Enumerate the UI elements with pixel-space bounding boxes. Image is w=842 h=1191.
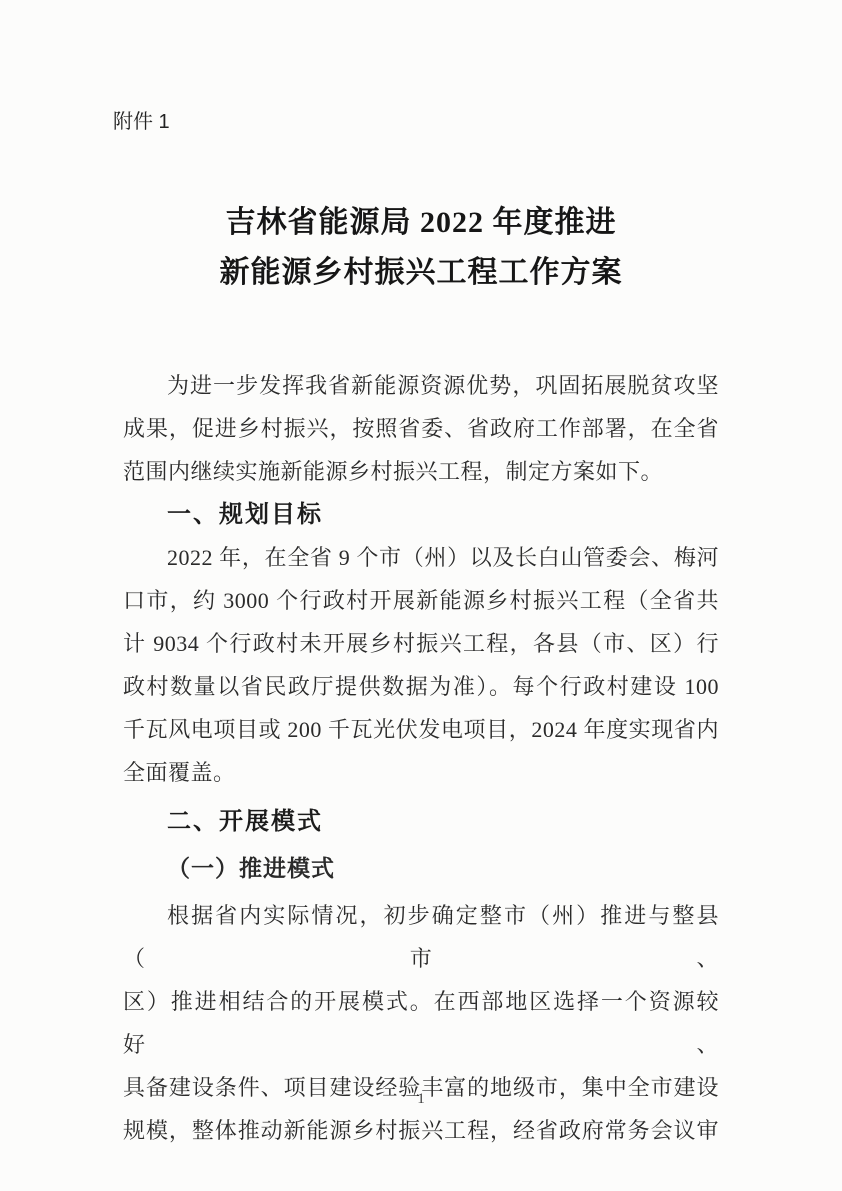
intro-line: 范围内继续实施新能源乡村振兴工程，制定方案如下。 <box>123 450 719 493</box>
intro-line: 成果，促进乡村振兴，按照省委、省政府工作部署，在全省 <box>123 407 719 450</box>
body-line: 千瓦风电项目或 200 千瓦光伏发电项目，2024 年度实现省内 <box>123 708 719 751</box>
body-line: 口市，约 3000 个行政村开展新能源乡村振兴工程（全省共 <box>123 579 719 622</box>
document-page: 附件 1 吉林省能源局 2022 年度推进 新能源乡村振兴工程工作方案 为进一步… <box>0 0 842 1191</box>
body-line: 根据省内实际情况，初步确定整市（州）推进与整县（市、 <box>123 894 719 980</box>
body-line: 区）推进相结合的开展模式。在西部地区选择一个资源较好、 <box>123 980 719 1066</box>
document-title: 吉林省能源局 2022 年度推进 新能源乡村振兴工程工作方案 <box>123 198 719 298</box>
intro-line: 为进一步发挥我省新能源资源优势，巩固拓展脱贫攻坚 <box>123 364 719 407</box>
section-1-paragraph: 2022 年，在全省 9 个市（州）以及长白山管委会、梅河 口市，约 3000 … <box>123 536 719 794</box>
section-1-heading: 一、规划目标 <box>123 493 719 536</box>
section-2-paragraph: 根据省内实际情况，初步确定整市（州）推进与整县（市、 区）推进相结合的开展模式。… <box>123 894 719 1152</box>
body-line: 规模，整体推动新能源乡村振兴工程，经省政府常务会议审 <box>123 1109 719 1152</box>
section-2-heading: 二、开展模式 <box>123 800 719 843</box>
title-line-1: 吉林省能源局 2022 年度推进 <box>123 198 719 248</box>
attachment-label: 附件 1 <box>113 108 719 136</box>
page-number: 1 <box>0 1091 842 1108</box>
body-line: 政村数量以省民政厅提供数据为准）。每个行政村建设 100 <box>123 665 719 708</box>
body-line: 计 9034 个行政村未开展乡村振兴工程，各县（市、区）行 <box>123 622 719 665</box>
subsection-1-heading: （一）推进模式 <box>123 847 719 890</box>
body-line: 2022 年，在全省 9 个市（州）以及长白山管委会、梅河 <box>123 536 719 579</box>
body-line: 全面覆盖。 <box>123 751 719 794</box>
title-line-2: 新能源乡村振兴工程工作方案 <box>123 248 719 298</box>
intro-paragraph: 为进一步发挥我省新能源资源优势，巩固拓展脱贫攻坚 成果，促进乡村振兴，按照省委、… <box>123 364 719 493</box>
